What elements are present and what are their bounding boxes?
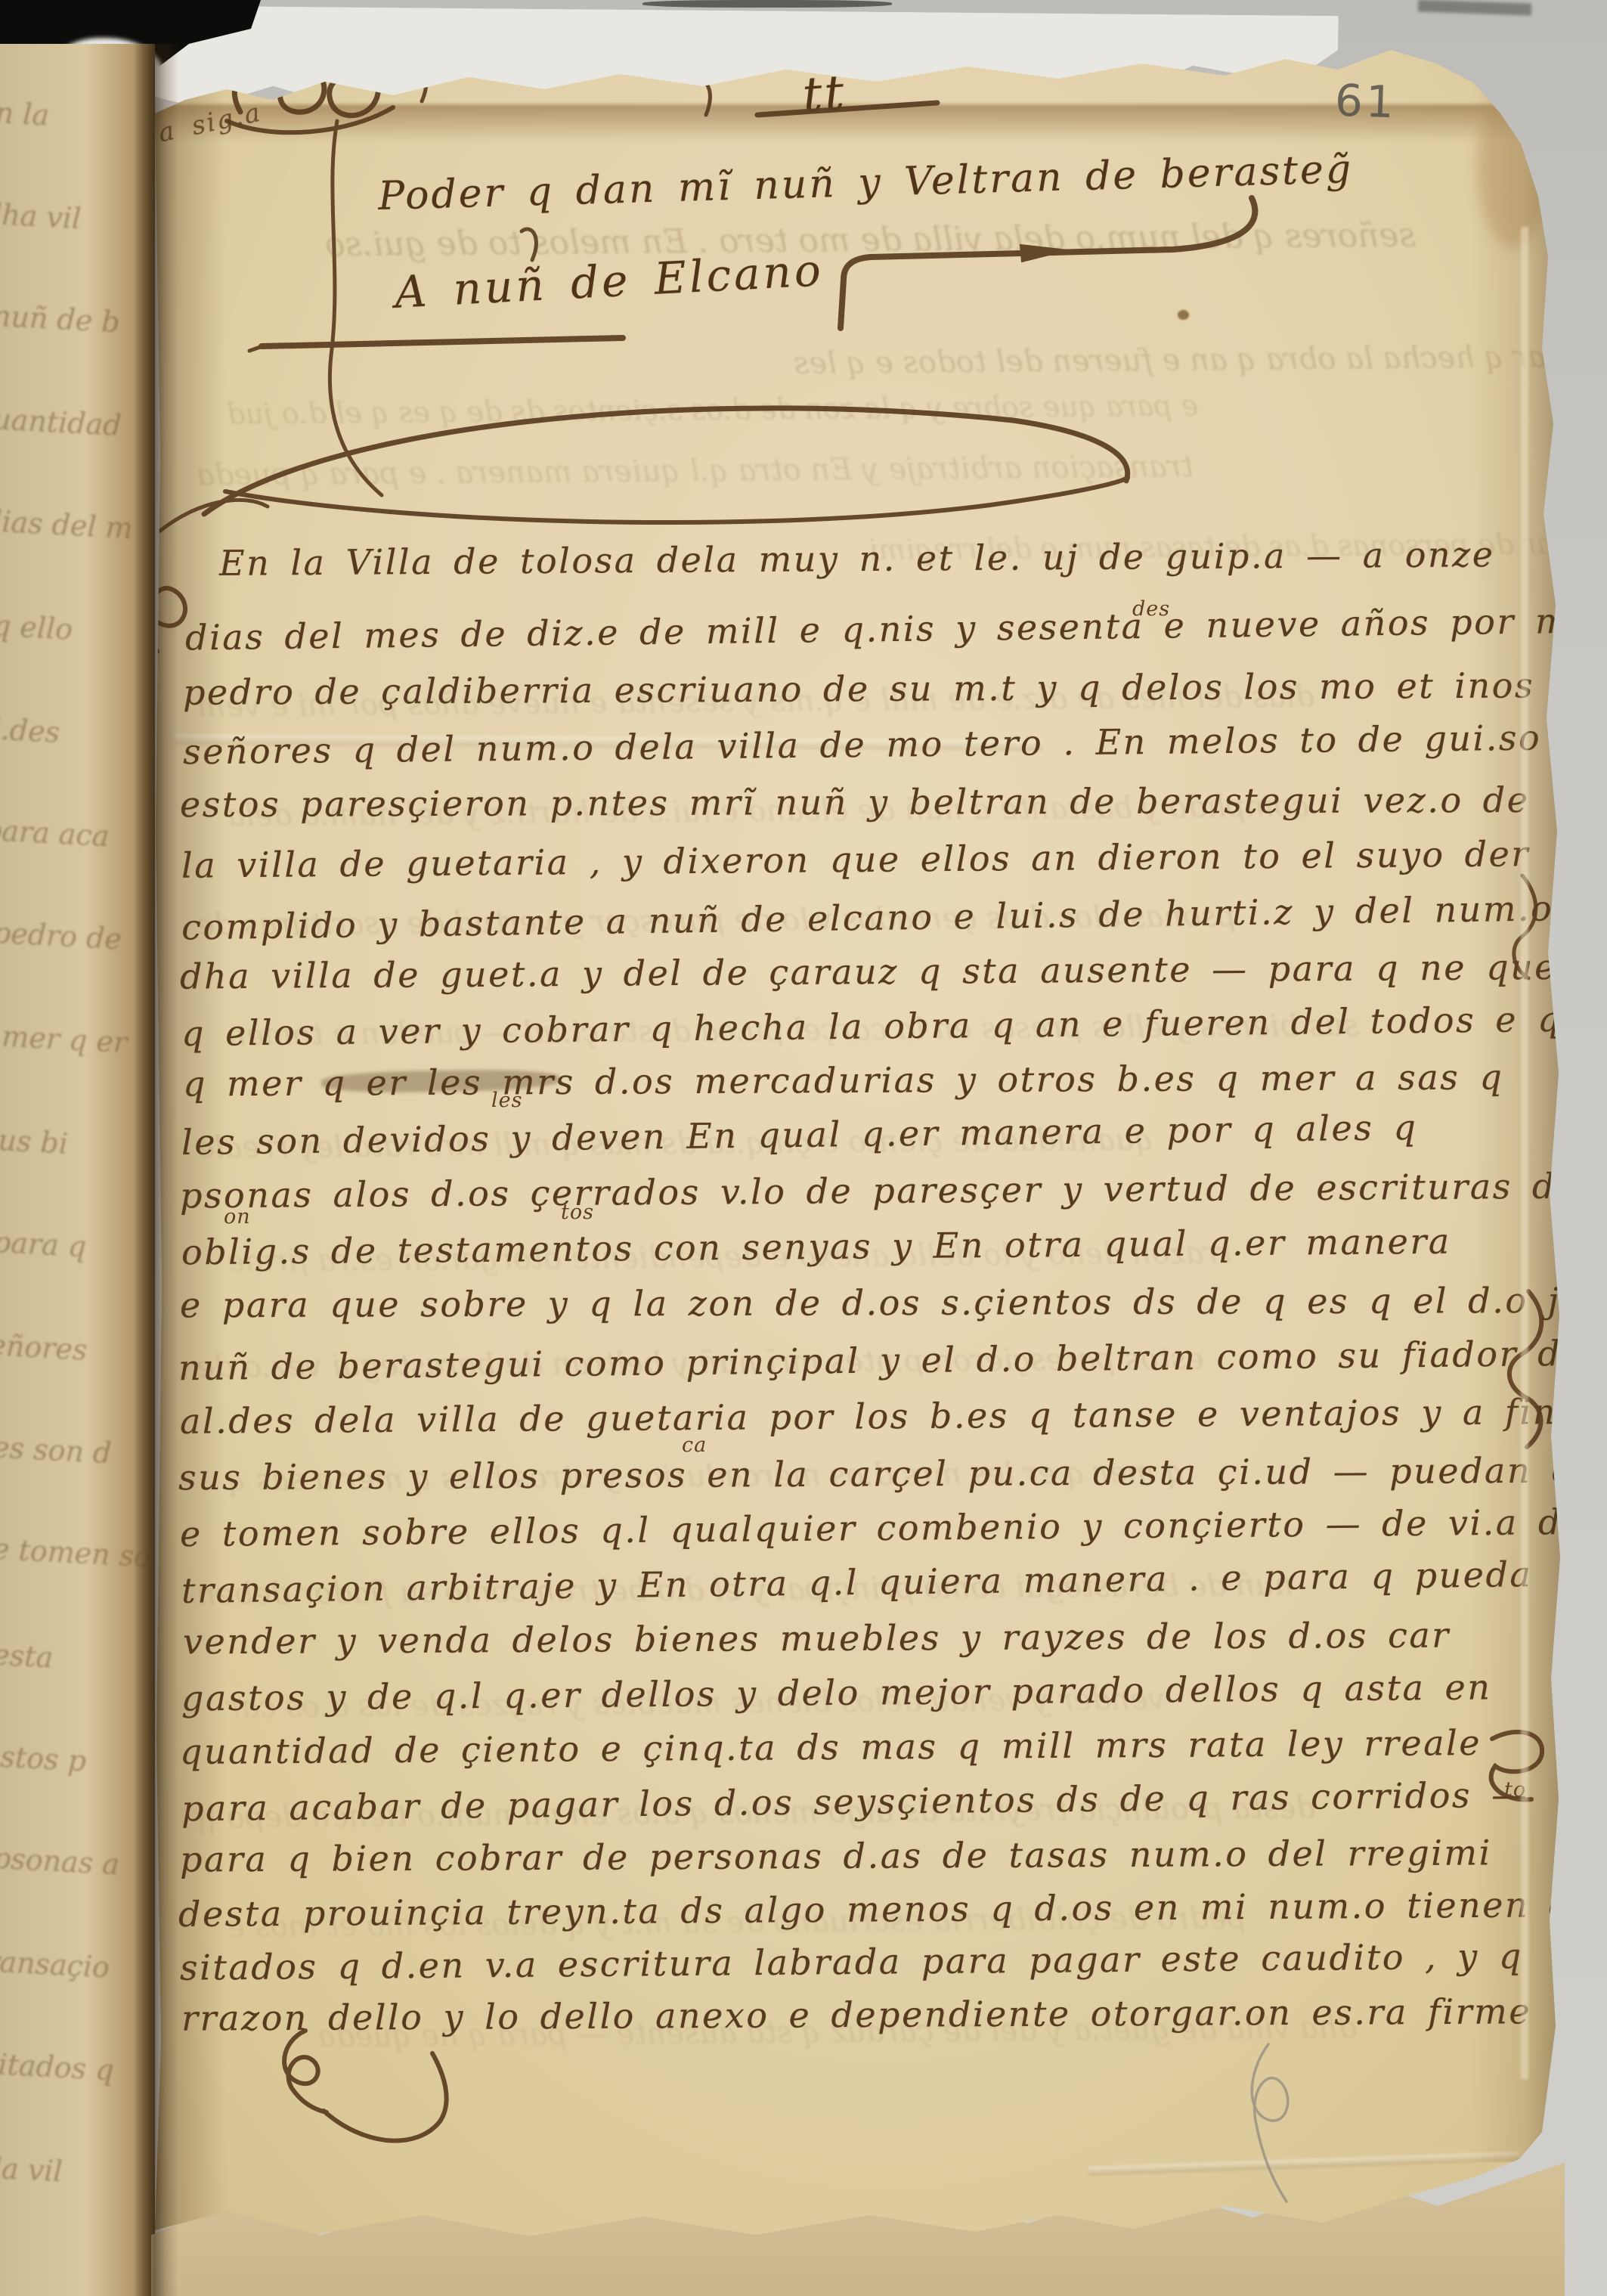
manuscript-line: señores q del num.o dela villa de mo ter… (183, 720, 1542, 770)
manuscript-line: En la Villa de tolosa dela muy n. et le.… (219, 537, 1495, 581)
manuscript-line: pedro de çaldiberria escriuano de su m.t… (183, 668, 1577, 710)
facing-page-fragment: señores (0, 1328, 88, 1367)
knot-tail-stroke (330, 121, 382, 495)
facing-page-fragment: psonas a (0, 1842, 120, 1882)
deckle-edge-shading (1470, 60, 1561, 2162)
manuscript-line: rrazon dello y lo dello anexo e dependie… (181, 1994, 1531, 2035)
manuscript-line: e tomen sobre ellos q.l qualquier comben… (180, 1504, 1585, 1551)
facing-page-fragment: sitados q (0, 2047, 115, 2087)
deckle-edge-highlight (1521, 227, 1528, 2079)
facing-page-fragment: dha vil (0, 197, 82, 236)
pencil-loop-mark (1252, 2044, 1287, 2201)
interlinear-insertion: les (491, 1089, 522, 1112)
facing-page-fragment: estos p (0, 1739, 87, 1777)
facing-page-fragment: pedro de (0, 916, 122, 956)
facing-page-fragment: sus bi (0, 1123, 69, 1160)
bleedthrough-line: transaçion arbitraje y En otra q.l quier… (197, 449, 1194, 493)
manuscript-line: desta prouinçia treyn.ta ds algo menos q… (178, 1886, 1607, 1932)
facing-page-fragment: desta (0, 1637, 54, 1674)
facing-page-sliver: En la dha vilnuñ de bquantidaddias del m… (0, 44, 155, 2296)
facing-page-fragment: transaçio (0, 1944, 110, 1984)
heading-rule-tick (249, 345, 265, 351)
ink-spot (1178, 310, 1189, 320)
photo-edge-smudge (1418, 0, 1531, 16)
manuscript-line: q mer q er les mrs d.os mercadurias y ot… (183, 1059, 1504, 1101)
manuscript-line: estos paresçieron p.ntes mrĩ nuñ y beltr… (180, 782, 1530, 822)
manuscript-line: sitados q d.en v.a escritura labrada par… (180, 1938, 1523, 1985)
bleedthrough-line: señores q del num.o dela villa de mo ter… (325, 216, 1416, 265)
manuscript-line: vender y venda delos bienes muebles y ra… (183, 1618, 1451, 1659)
facing-page-fragment: al.des (0, 711, 60, 749)
facing-page-fragment: quantidad (0, 401, 122, 442)
binding-gutter-shadow (135, 44, 178, 2296)
manuscript-line: quantidad de çiento e çinq.ta ds mas q m… (180, 1725, 1482, 1769)
manuscript-line: q ellos a ver y cobrar q hecha la obra q… (181, 1001, 1607, 1051)
heading-line-1: Poder q dan mĩ nuñ y Veltran de berasteg… (377, 147, 1353, 219)
manuscript-line: sus bienes y ellos presos en la carçel p… (178, 1452, 1607, 1495)
manuscript-line: al.des dela villa de guetaria por los b.… (180, 1393, 1607, 1439)
manuscript-line: psonas alos d.os çerrados v.lo de paresç… (180, 1169, 1579, 1213)
bleedthrough-line: e para que sobre y q la zon de d.os s.çi… (227, 389, 1199, 430)
facing-page-fragment: la vil (0, 2152, 63, 2189)
facing-page-fragment: dias del m (0, 504, 134, 545)
manuscript-line: complido y bastante a nuñ de elcano e lu… (181, 889, 1607, 944)
manuscript-line: para acabar de pagar los d.os seysçiento… (181, 1777, 1528, 1827)
facing-page-fragment: En la (0, 95, 50, 132)
e-paraph-swash (324, 2053, 447, 2141)
interlinear-insertion: ca (682, 1433, 707, 1457)
facing-page-fragment: para aca (0, 813, 110, 854)
manuscript-line: les son devidos y deven En qual q.er man… (181, 1110, 1418, 1160)
manuscript-page: señores q del num.o dela villa de mo ter… (0, 0, 1607, 2296)
manuscript-line: la villa de guetaria , y dixeron que ell… (181, 836, 1530, 883)
facing-page-fragment: les son d (0, 1430, 113, 1470)
manuscript-line: dha villa de guet.a y del de çarauz q st… (180, 949, 1604, 993)
manuscript-line: gastos y de q.l q.er dellos y delo mejor… (181, 1669, 1492, 1715)
facing-page-fragment: nuñ de b (0, 299, 121, 339)
manuscript-line: oblig.s de testamentos con senyas y En o… (181, 1224, 1451, 1270)
photo-edge-smudge (642, 0, 892, 8)
facing-page-fragment: para q (0, 1225, 87, 1263)
manuscript-line: transaçion arbitraje y En otra q.l quier… (181, 1557, 1533, 1608)
facing-page-fragment: q ello (0, 609, 73, 646)
paper-crease (1088, 2152, 1519, 2176)
manuscript-photo: En la dha vilnuñ de bquantidaddias del m… (0, 0, 1607, 2296)
manuscript-line: e para que sobre y q la zon de d.os s.çi… (180, 1283, 1607, 1323)
manuscript-line: para q bien cobrar de personas d.as de t… (180, 1835, 1492, 1876)
facing-page-fragment: e tomen so (0, 1532, 152, 1574)
heading-rule-stroke (262, 338, 623, 346)
interlinear-insertion: des (1132, 597, 1170, 621)
manuscript-line: nuñ de berastegui como prinçipal y el d.… (178, 1335, 1607, 1385)
folio-number: 61 (1334, 75, 1398, 129)
interlinear-insertion: on (224, 1205, 251, 1229)
facing-page-fragment: q mer q er (0, 1018, 128, 1060)
manuscript-line: dias del mes de diz.e de mill e q.nis y … (185, 602, 1607, 655)
interlinear-insertion: tos (561, 1201, 594, 1224)
